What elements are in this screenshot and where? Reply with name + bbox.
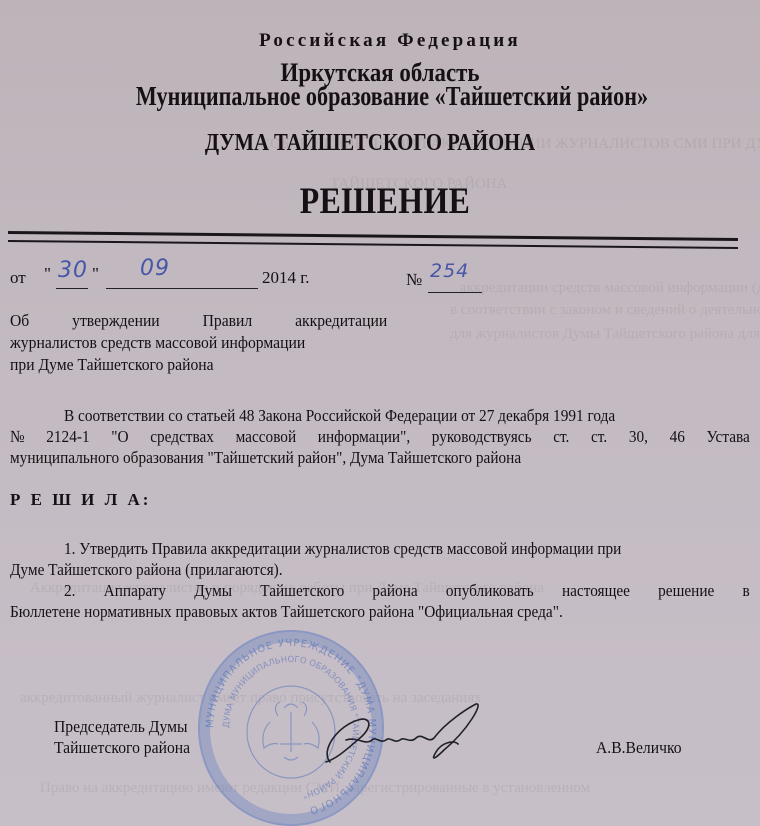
handwritten-signature <box>318 700 488 770</box>
date-day-handwritten: 30 <box>58 258 88 283</box>
signatory-title-line-2: Тайшетского района <box>54 737 190 758</box>
month-underline <box>106 288 258 289</box>
preamble-line-2: № 2124-1 "О средствах массовой информаци… <box>10 426 750 447</box>
duma-heading: ДУМА ТАЙШЕТСКОГО РАЙОНА <box>43 130 697 157</box>
item-1-line-1: 1. Утвердить Правила аккредитации журнал… <box>10 538 676 559</box>
document-subject: Об утверждении Правил аккредитации журна… <box>10 310 390 376</box>
date-month-handwritten: 09 <box>140 256 170 281</box>
date-year: 2014 г. <box>262 268 310 288</box>
date-prefix: от <box>10 268 26 288</box>
number-sign: № <box>406 270 422 290</box>
resolved-label: Р Е Ш И Л А: <box>10 490 151 510</box>
item-2-line-2: Бюллетене нормативных правовых актов Тай… <box>10 601 676 622</box>
country-heading: Российская Федерация <box>10 30 760 52</box>
preamble-line-1: В соответствии со статьей 48 Закона Росс… <box>10 405 676 426</box>
preamble-paragraph: В соответствии со статьей 48 Закона Росс… <box>10 405 750 468</box>
document-title: РЕШЕНИЕ <box>58 180 712 223</box>
subject-line-3: при Думе Тайшетского района <box>10 354 360 376</box>
header-divider-thin <box>8 240 738 249</box>
date-number-line: от " 30 " 09 2014 г. № 254 <box>10 262 510 292</box>
municipality-heading: Муниципальное образование «Тайшетский ра… <box>80 81 703 112</box>
open-quote: " <box>44 264 51 284</box>
item-2-line-1: 2. Аппарату Думы Тайшетского района опуб… <box>10 580 750 601</box>
header-divider-thick <box>8 231 738 241</box>
resolution-item-2: 2. Аппарату Думы Тайшетского района опуб… <box>10 580 750 622</box>
signatory-title-line-1: Председатель Думы <box>54 716 187 737</box>
day-underline <box>56 288 88 289</box>
close-quote: " <box>92 264 99 284</box>
subject-line-1: Об утверждении Правил аккредитации <box>10 310 387 332</box>
preamble-line-3: муниципального образования "Тайшетский р… <box>10 447 676 468</box>
show-through-text: для журналистов Думы Тайшетского района … <box>450 326 760 343</box>
resolution-item-1: 1. Утвердить Правила аккредитации журнал… <box>10 538 750 580</box>
number-underline <box>428 292 482 293</box>
document-number-handwritten: 254 <box>430 260 469 282</box>
subject-line-2: журналистов средств массовой информации <box>10 332 360 354</box>
signatory-name: А.В.Величко <box>596 737 682 758</box>
item-1-line-2: Думе Тайшетского района (прилагаются). <box>10 559 676 580</box>
show-through-text: в соответствии с законом и сведений о де… <box>450 302 760 319</box>
